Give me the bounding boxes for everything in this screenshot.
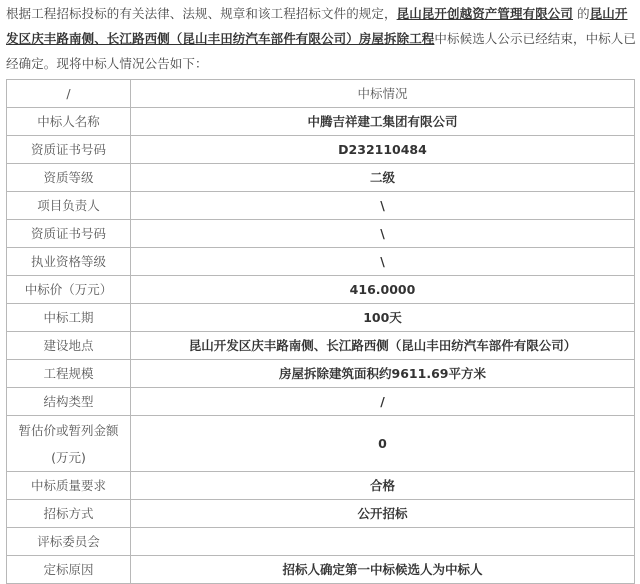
row-label-award-reason: 定标原因	[7, 556, 131, 582]
row-value-winner-name: 中腾吉祥建工集团有限公司	[131, 108, 635, 136]
provisional-sum-label-line2: (万元)	[11, 444, 126, 471]
table-row: 资质证书号码 D232110484	[7, 136, 635, 164]
intro-prefix: 根据工程招标投标的有关法律、法规、规章和该工程招标文件的规定，	[6, 6, 397, 21]
row-value-qualification-level: 二级	[131, 164, 635, 192]
row-label-project-manager: 项目负责人	[7, 192, 131, 220]
table-row: 中标人名称 中腾吉祥建工集团有限公司	[7, 108, 635, 136]
table-row: 招标方式 公开招标	[7, 500, 635, 528]
row-label-duration: 中标工期	[7, 304, 131, 332]
tenderer-link[interactable]: 昆山昆开创越资产管理有限公司	[397, 6, 573, 21]
row-label-winner-name: 中标人名称	[7, 108, 131, 136]
table-row: 资质证书号码 \	[7, 220, 635, 248]
table-row: 建设地点 昆山开发区庆丰路南侧、长江路西侧（昆山丰田纺汽车部件有限公司）	[7, 332, 635, 360]
row-label-practice-level: 执业资格等级	[7, 248, 131, 276]
table-row: 结构类型 /	[7, 388, 635, 416]
table-row: 中标质量要求 合格	[7, 472, 635, 500]
row-value-structure-type: /	[131, 388, 635, 416]
table-row: 工程规模 房屋拆除建筑面积约9611.69平方米	[7, 360, 635, 388]
announcement-intro: 根据工程招标投标的有关法律、法规、规章和该工程招标文件的规定，昆山昆开创越资产管…	[6, 1, 638, 76]
award-info-table: / 中标情况 中标人名称 中腾吉祥建工集团有限公司 资质证书号码 D232110…	[6, 79, 635, 581]
row-value-duration: 100天	[131, 304, 635, 332]
table-row: 项目负责人 \	[7, 192, 635, 220]
header-value-cell: 中标情况	[131, 80, 635, 108]
row-value-evaluation-committee	[131, 528, 635, 556]
row-label-evaluation-committee: 评标委员会	[7, 528, 131, 556]
row-value-project-manager: \	[131, 192, 635, 220]
row-label-qualification-level: 资质等级	[7, 164, 131, 192]
row-label-location: 建设地点	[7, 332, 131, 360]
table-row: 资质等级 二级	[7, 164, 635, 192]
row-value-quality-requirement: 合格	[131, 472, 635, 500]
row-label-provisional-sum: 暂估价或暂列金额 (万元)	[7, 416, 131, 472]
header-label-cell: /	[7, 80, 131, 108]
provisional-sum-label-line1: 暂估价或暂列金额	[11, 417, 126, 444]
table-row: 中标价（万元） 416.0000	[7, 276, 635, 304]
row-label-bid-price: 中标价（万元）	[7, 276, 131, 304]
row-label-structure-type: 结构类型	[7, 388, 131, 416]
row-value-manager-cert-number: \	[131, 220, 635, 248]
table-row: 暂估价或暂列金额 (万元) 0	[7, 416, 635, 472]
row-value-bid-price: 416.0000	[131, 276, 635, 304]
row-label-cert-number: 资质证书号码	[7, 136, 131, 164]
row-label-scale: 工程规模	[7, 360, 131, 388]
row-label-tender-method: 招标方式	[7, 500, 131, 528]
row-label-manager-cert-number: 资质证书号码	[7, 220, 131, 248]
table-row: 评标委员会	[7, 528, 635, 556]
row-label-quality-requirement: 中标质量要求	[7, 472, 131, 500]
row-value-practice-level: \	[131, 248, 635, 276]
row-value-scale: 房屋拆除建筑面积约9611.69平方米	[131, 360, 635, 388]
table-row: 执业资格等级 \	[7, 248, 635, 276]
row-value-tender-method: 公开招标	[131, 500, 635, 528]
row-value-cert-number: D232110484	[131, 136, 635, 164]
row-value-provisional-sum: 0	[131, 416, 635, 472]
row-value-award-reason: 招标人确定第一中标候选人为中标人	[131, 556, 635, 582]
table-row: 定标原因 招标人确定第一中标候选人为中标人	[7, 556, 635, 582]
row-value-location: 昆山开发区庆丰路南侧、长江路西侧（昆山丰田纺汽车部件有限公司）	[131, 332, 635, 360]
table-header-row: / 中标情况	[7, 80, 635, 108]
intro-connector: 的	[573, 6, 590, 21]
table-row: 中标工期 100天	[7, 304, 635, 332]
